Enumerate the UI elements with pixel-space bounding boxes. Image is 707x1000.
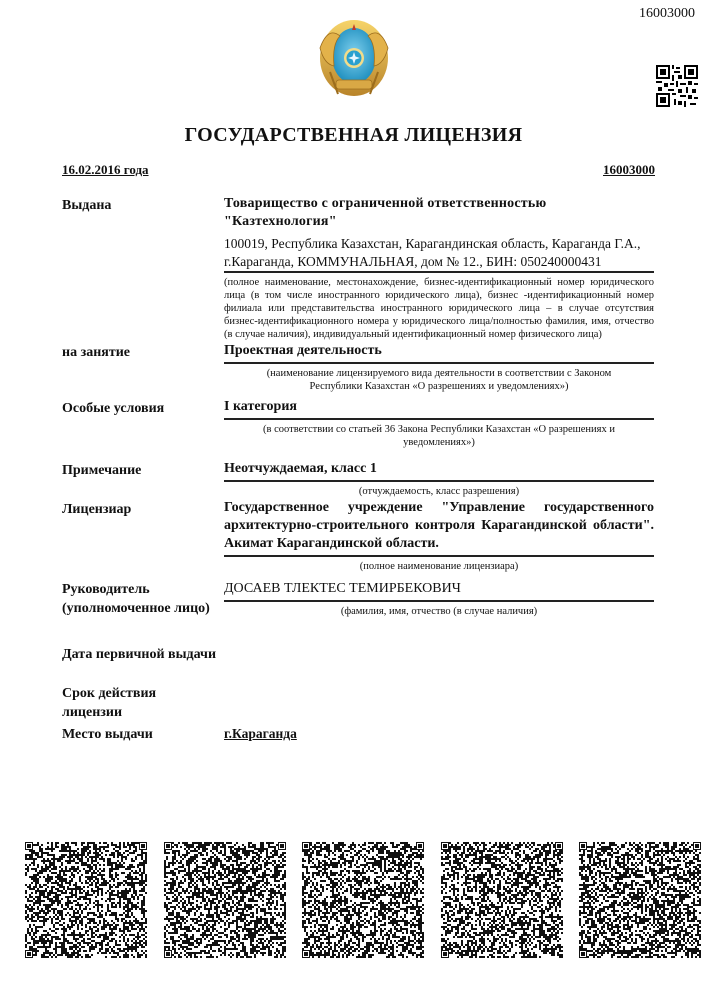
- head-label-line1: Руководитель: [62, 580, 210, 599]
- issued-to-field: Товарищество с ограниченной ответственно…: [224, 195, 654, 341]
- place-of-issue-value: г.Караганда: [224, 726, 297, 742]
- document-title: ГОСУДАРСТВЕННАЯ ЛИЦЕНЗИЯ: [0, 124, 707, 147]
- head-field: ДОСАЕВ ТЛЕКТЕС ТЕМИРБЕКОВИЧ (фамилия, им…: [224, 580, 654, 618]
- remark-field: Неотчуждаемая, класс 1 (отчуждаемость, к…: [224, 460, 654, 498]
- first-issue-date-label: Дата первичной выдачи: [62, 645, 216, 664]
- head-label-line2: (уполномоченное лицо): [62, 599, 210, 618]
- head-label: Руководитель (уполномоченное лицо): [62, 580, 210, 618]
- qr-code-1-icon: [25, 842, 148, 959]
- license-number: 16003000: [603, 162, 655, 178]
- issued-to-note: (полное наименование, местонахождение, б…: [224, 273, 654, 341]
- issued-to-name: Товарищество с ограниченной ответственно…: [224, 195, 654, 231]
- document-number-top: 16003000: [639, 6, 695, 22]
- special-conditions-value: I категория: [224, 398, 654, 420]
- special-conditions-note: (в соответствии со статьей 36 Закона Рес…: [224, 420, 654, 449]
- qr-code-3-icon: [302, 842, 425, 959]
- remark-value: Неотчуждаемая, класс 1: [224, 460, 654, 482]
- special-conditions-label: Особые условия: [62, 399, 164, 418]
- issued-to-address-line2: г.Караганда, КОММУНАЛЬНАЯ, дом № 12., БИ…: [224, 253, 654, 271]
- qr-code-icon: [656, 64, 698, 108]
- issued-to-label: Выдана: [62, 196, 111, 215]
- activity-label: на занятие: [62, 343, 130, 362]
- qr-code-2-icon: [164, 842, 287, 959]
- head-value: ДОСАЕВ ТЛЕКТЕС ТЕМИРБЕКОВИЧ: [224, 580, 654, 602]
- licensor-note: (полное наименование лицензиара): [224, 557, 654, 573]
- issued-to-address: 100019, Республика Казахстан, Карагандин…: [224, 231, 654, 273]
- validity-label: Срок действия лицензии: [62, 684, 156, 722]
- issued-to-address-line1: 100019, Республика Казахстан, Карагандин…: [224, 235, 654, 253]
- licensor-value: Государственное учреждение "Управление г…: [224, 499, 654, 557]
- issue-date: 16.02.2016 года: [62, 162, 149, 178]
- licensor-field: Государственное учреждение "Управление г…: [224, 499, 654, 573]
- footer-qr-codes: [25, 842, 702, 959]
- activity-field: Проектная деятельность (наименование лиц…: [224, 342, 654, 393]
- qr-code-5-icon: [579, 842, 702, 959]
- remark-label: Примечание: [62, 461, 141, 480]
- licensor-label: Лицензиар: [62, 500, 131, 519]
- state-emblem-icon: [316, 18, 392, 100]
- activity-value: Проектная деятельность: [224, 342, 654, 364]
- validity-label-line1: Срок действия: [62, 684, 156, 703]
- place-of-issue-label: Место выдачи: [62, 725, 153, 744]
- activity-note: (наименование лицензируемого вида деятел…: [224, 364, 654, 393]
- validity-label-line2: лицензии: [62, 703, 156, 722]
- special-conditions-field: I категория (в соответствии со статьей 3…: [224, 398, 654, 449]
- remark-note: (отчуждаемость, класс разрешения): [224, 482, 654, 498]
- head-note: (фамилия, имя, отчество (в случае наличи…: [224, 602, 654, 618]
- qr-code-4-icon: [441, 842, 564, 959]
